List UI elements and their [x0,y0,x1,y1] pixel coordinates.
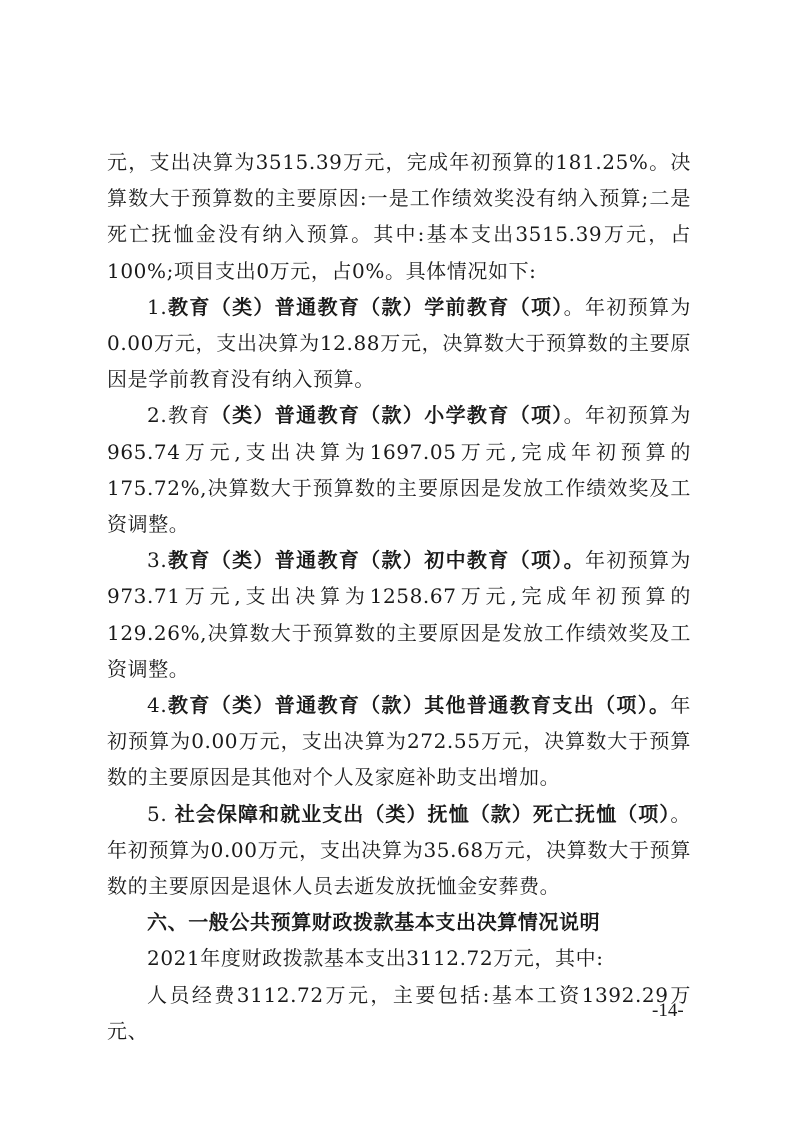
item-3-title: 教育（类）普通教育（款）初中教育（项）。 [167,548,585,572]
item-2-number: 2. [147,403,167,427]
item-1-number: 1. [147,295,167,319]
item-3-number: 3. [147,548,167,572]
item-1-title: 教育（类）普通教育（款）学前教育（项） [167,295,563,319]
item-4-number: 4. [147,693,167,717]
item-2-title-plain: 教育 [167,403,210,427]
section-paragraph-2: 人员经费3112.72万元，主要包括:基本工资1392.29万元、 [107,977,691,1049]
section-paragraph-1: 2021年度财政拨款基本支出3112.72万元，其中: [107,940,691,976]
document-body: 元，支出决算为3515.39万元，完成年初预算的181.25%。决算数大于预算数… [107,144,691,1049]
intro-paragraph: 元，支出决算为3515.39万元，完成年初预算的181.25%。决算数大于预算数… [107,144,691,289]
item-2: 2.教育（类）普通教育（款）小学教育（项）。年初预算为965.74万元,支出决算… [107,397,691,542]
item-2-title: （类）普通教育（款）小学教育（项） [211,403,564,427]
item-4-title: 教育（类）普通教育（款）其他普通教育支出（项）。 [167,693,670,717]
item-5-number: 5. [147,802,175,826]
section-heading: 六、一般公共预算财政拨款基本支出决算情况说明 [107,904,691,940]
item-4: 4.教育（类）普通教育（款）其他普通教育支出（项）。年初预算为0.00万元，支出… [107,687,691,796]
item-3: 3.教育（类）普通教育（款）初中教育（项）。年初预算为973.71万元,支出决算… [107,542,691,687]
item-5: 5. 社会保障和就业支出（类）抚恤（款）死亡抚恤（项）。年初预算为0.00万元，… [107,796,691,905]
item-1: 1.教育（类）普通教育（款）学前教育（项）。年初预算为0.00万元，支出决算为1… [107,289,691,398]
item-5-title: 社会保障和就业支出（类）抚恤（款）死亡抚恤（项） [175,802,671,826]
page-number: -14- [652,1000,684,1022]
